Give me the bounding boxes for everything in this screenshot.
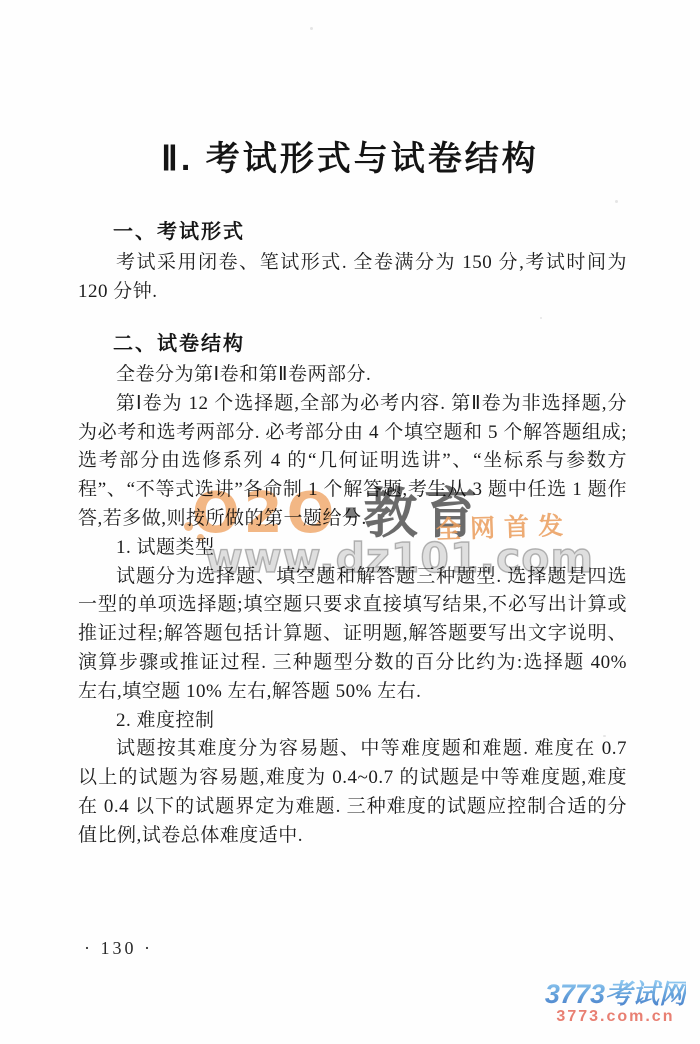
document-title: Ⅱ. 考试形式与试卷结构: [0, 131, 700, 180]
subsection-label-difficulty: 2. 难度控制: [78, 707, 627, 736]
paragraph-volumes: 全卷分为第Ⅰ卷和第Ⅱ卷两部分.: [78, 361, 627, 390]
section-1-body: 考试采用闭卷、笔试形式. 全卷满分为 150 分,考试时间为 120 分钟.: [78, 249, 627, 307]
scan-speck: [310, 27, 313, 30]
section-1-heading: 一、考试形式: [113, 215, 245, 244]
paragraph-exam-form: 考试采用闭卷、笔试形式. 全卷满分为 150 分,考试时间为 120 分钟.: [78, 249, 627, 307]
paragraph-question-types: 试题分为选择题、填空题和解答题三种题型. 选择题是四选一型的单项选择题;填空题只…: [78, 563, 627, 707]
site-logo-3773: 3773考试网 3773.com.cn: [545, 980, 686, 1026]
scanned-document-page: Ⅱ. 考试形式与试卷结构 一、考试形式 考试采用闭卷、笔试形式. 全卷满分为 1…: [0, 0, 700, 1044]
section-2-body: 全卷分为第Ⅰ卷和第Ⅱ卷两部分. 第Ⅰ卷为 12 个选择题,全部为必考内容. 第Ⅱ…: [78, 361, 627, 851]
site-logo-name: 3773考试网: [545, 980, 686, 1008]
paragraph-difficulty: 试题按其难度分为容易题、中等难度题和难题. 难度在 0.7 以上的试题为容易题,…: [78, 735, 627, 850]
site-logo-url: 3773.com.cn: [545, 1008, 686, 1026]
paragraph-structure: 第Ⅰ卷为 12 个选择题,全部为必考内容. 第Ⅱ卷为非选择题,分为必考和选考两部…: [78, 390, 627, 534]
section-2-heading: 二、试卷结构: [113, 327, 245, 356]
scan-speck: [615, 200, 618, 203]
scan-speck: [540, 317, 542, 319]
page-number: · 130 ·: [84, 938, 153, 959]
subsection-label-question-types: 1. 试题类型: [78, 534, 627, 563]
